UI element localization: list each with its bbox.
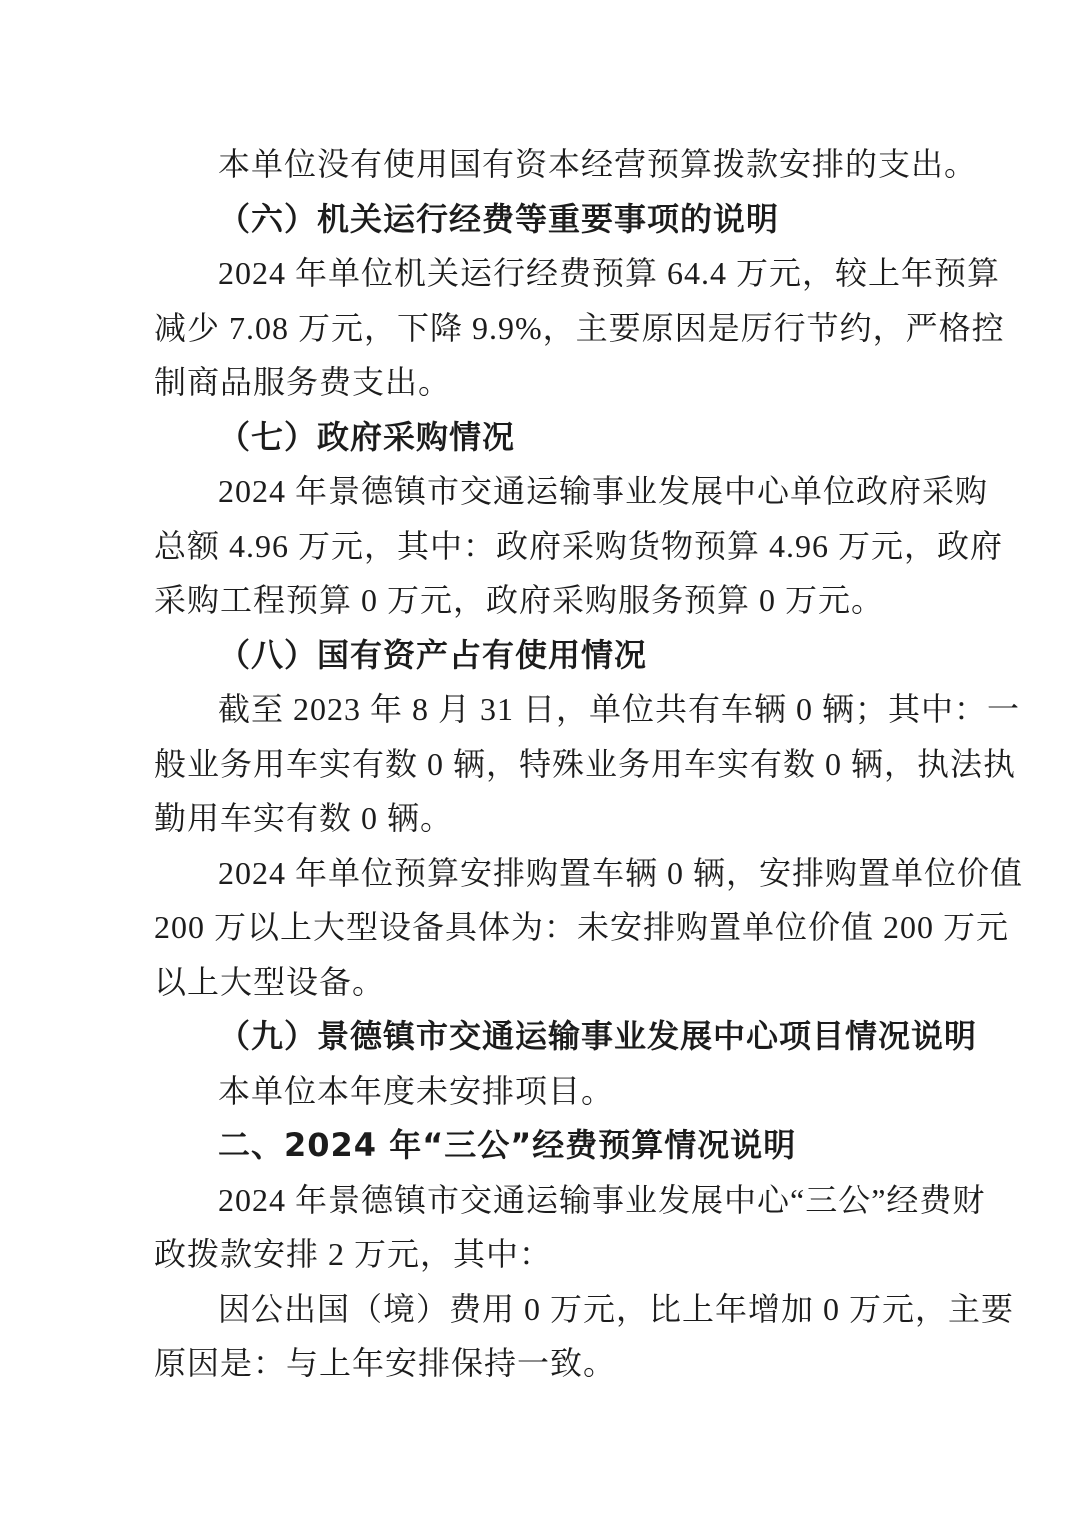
text-line: （九）景德镇市交通运输事业发展中心项目情况说明 <box>154 1009 910 1064</box>
section-6-heading: （六）机关运行经费等重要事项的说明 <box>154 192 910 247</box>
text-line: 以上大型设备。 <box>154 955 910 1010</box>
text-line: 200 万以上大型设备具体为：未安排购置单位价值 200 万元 <box>154 900 910 955</box>
text-line: 因公出国（境）费用 0 万元，比上年增加 0 万元，主要 <box>154 1282 910 1337</box>
three-public-funds-total-paragraph: 2024 年景德镇市交通运输事业发展中心“三公”经费财政拨款安排 2 万元，其中… <box>154 1173 910 1282</box>
document-page: 本单位没有使用国有资本经营预算拨款安排的支出。（六）机关运行经费等重要事项的说明… <box>0 0 1074 1520</box>
text-line: 截至 2023 年 8 月 31 日，单位共有车辆 0 辆；其中：一 <box>154 682 910 737</box>
text-line: 般业务用车实有数 0 辆，特殊业务用车实有数 0 辆，执法执 <box>154 737 910 792</box>
text-line: （八）国有资产占有使用情况 <box>154 628 910 683</box>
text-line: 制商品服务费支出。 <box>154 355 910 410</box>
text-line: 总额 4.96 万元，其中：政府采购货物预算 4.96 万元，政府 <box>154 519 910 574</box>
no-projects-paragraph: 本单位本年度未安排项目。 <box>154 1064 910 1119</box>
text-line: 本单位本年度未安排项目。 <box>154 1064 910 1119</box>
text-line: 减少 7.08 万元，下降 9.9%，主要原因是厉行节约，严格控 <box>154 301 910 356</box>
section-9-heading: （九）景德镇市交通运输事业发展中心项目情况说明 <box>154 1009 910 1064</box>
text-line: 2024 年景德镇市交通运输事业发展中心单位政府采购 <box>154 464 910 519</box>
state-assets-vehicles-paragraph: 截至 2023 年 8 月 31 日，单位共有车辆 0 辆；其中：一般业务用车实… <box>154 682 910 846</box>
vehicle-equipment-purchase-paragraph: 2024 年单位预算安排购置车辆 0 辆，安排购置单位价值200 万以上大型设备… <box>154 846 910 1010</box>
no-state-capital-expenditure-paragraph: 本单位没有使用国有资本经营预算拨款安排的支出。 <box>154 137 910 192</box>
part-2-heading: 二、2024 年“三公”经费预算情况说明 <box>154 1118 910 1173</box>
document-body: 本单位没有使用国有资本经营预算拨款安排的支出。（六）机关运行经费等重要事项的说明… <box>154 137 910 1391</box>
text-line: 2024 年单位预算安排购置车辆 0 辆，安排购置单位价值 <box>154 846 910 901</box>
text-line: （七）政府采购情况 <box>154 410 910 465</box>
text-line: （六）机关运行经费等重要事项的说明 <box>154 192 910 247</box>
text-line: 原因是：与上年安排保持一致。 <box>154 1336 910 1391</box>
text-line: 二、2024 年“三公”经费预算情况说明 <box>154 1118 910 1173</box>
text-line: 政拨款安排 2 万元，其中： <box>154 1227 910 1282</box>
section-7-heading: （七）政府采购情况 <box>154 410 910 465</box>
text-line: 2024 年单位机关运行经费预算 64.4 万元，较上年预算 <box>154 246 910 301</box>
section-8-heading: （八）国有资产占有使用情况 <box>154 628 910 683</box>
overseas-travel-expense-paragraph: 因公出国（境）费用 0 万元，比上年增加 0 万元，主要原因是：与上年安排保持一… <box>154 1282 910 1391</box>
text-line: 采购工程预算 0 万元，政府采购服务预算 0 万元。 <box>154 573 910 628</box>
operating-expenses-paragraph: 2024 年单位机关运行经费预算 64.4 万元，较上年预算减少 7.08 万元… <box>154 246 910 410</box>
government-procurement-paragraph: 2024 年景德镇市交通运输事业发展中心单位政府采购总额 4.96 万元，其中：… <box>154 464 910 628</box>
text-line: 勤用车实有数 0 辆。 <box>154 791 910 846</box>
text-line: 本单位没有使用国有资本经营预算拨款安排的支出。 <box>154 137 910 192</box>
text-line: 2024 年景德镇市交通运输事业发展中心“三公”经费财 <box>154 1173 910 1228</box>
